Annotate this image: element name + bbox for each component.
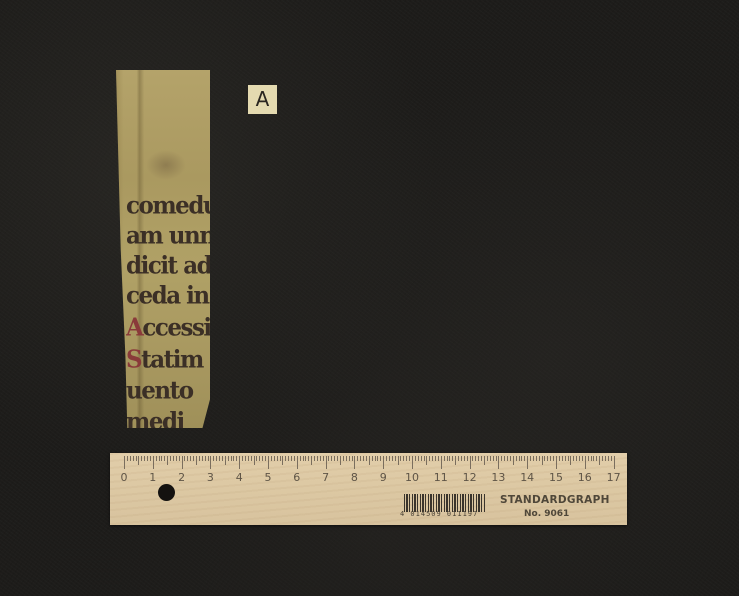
text-line: comedu — [126, 193, 210, 218]
ruler-tick — [179, 456, 180, 461]
ruler-number: 0 — [121, 471, 128, 484]
ruler-tick — [501, 456, 502, 461]
ruler-tick — [521, 456, 522, 461]
ruler-tick — [426, 456, 427, 465]
ruler-tick — [164, 456, 165, 461]
ruler-tick — [349, 456, 350, 461]
ruler-tick — [159, 456, 160, 461]
ruler-tick — [452, 456, 453, 461]
ruler-tick — [331, 456, 332, 461]
ruler-tick — [400, 456, 401, 461]
ruler-tick — [591, 456, 592, 461]
ruler-tick — [372, 456, 373, 461]
ruler-tick — [530, 456, 531, 461]
ruler-tick — [386, 456, 387, 461]
ruler-tick — [470, 456, 471, 469]
ruler-tick — [354, 456, 355, 469]
ruler-tick — [326, 456, 327, 469]
ruler-tick — [498, 456, 499, 469]
ruler-tick — [568, 456, 569, 461]
ruler-tick — [366, 456, 367, 461]
ruler-tick — [510, 456, 511, 461]
scale-ruler: 01234567891011121314151617 4 014509 0111… — [110, 453, 627, 525]
ruler-tick — [389, 456, 390, 461]
ruler-number: 4 — [236, 471, 243, 484]
ruler-tick — [294, 456, 295, 461]
ruler-number: 6 — [293, 471, 300, 484]
ruler-tick — [340, 456, 341, 465]
ruler-number: 8 — [351, 471, 358, 484]
text-line: Statim — [126, 347, 210, 372]
ruler-tick — [461, 456, 462, 461]
ruler-tick — [585, 456, 586, 469]
ruler-tick — [161, 456, 162, 461]
ruler-tick — [421, 456, 422, 461]
ruler-tick — [438, 456, 439, 461]
ruler-tick — [579, 456, 580, 461]
ruler-tick — [308, 456, 309, 461]
ruler-tick — [375, 456, 376, 461]
ruler-tick — [153, 456, 154, 469]
ruler-tick — [199, 456, 200, 461]
ruler-tick — [320, 456, 321, 461]
ruler-tick — [599, 456, 600, 465]
ruler-tick — [190, 456, 191, 461]
ruler-tick — [130, 456, 131, 461]
ruler-tick — [210, 456, 211, 469]
ruler-tick — [383, 456, 384, 469]
ruler-tick — [343, 456, 344, 461]
ruler-tick — [432, 456, 433, 461]
ruler-tick — [406, 456, 407, 461]
ruler-tick — [392, 456, 393, 461]
ruler-tick — [311, 456, 312, 465]
ruler-number: 13 — [491, 471, 505, 484]
ruler-tick — [447, 456, 448, 461]
ruler-tick — [559, 456, 560, 461]
ruler-tick — [608, 456, 609, 461]
line-text: tatim — [141, 347, 203, 372]
ruler-tick — [582, 456, 583, 461]
ruler-tick — [300, 456, 301, 461]
ruler-brand: STANDARDGRAPH — [500, 494, 610, 506]
ruler-tick — [507, 456, 508, 461]
ruler-number: 3 — [207, 471, 214, 484]
ruler-tick — [150, 456, 151, 461]
ruler-tick — [323, 456, 324, 461]
ruler-tick — [271, 456, 272, 461]
ruler-tick — [550, 456, 551, 461]
ruler-tick — [208, 456, 209, 461]
line-text: am unn — [126, 223, 210, 248]
ruler-tick — [395, 456, 396, 461]
ruler-number: 16 — [578, 471, 592, 484]
ruler-tick — [124, 456, 125, 469]
ruler-tick — [377, 456, 378, 461]
ruler-tick — [516, 456, 517, 461]
ruler-tick — [277, 456, 278, 461]
line-text: medi — [126, 409, 184, 434]
ruler-tick — [248, 456, 249, 461]
ruler-tick — [513, 456, 514, 465]
ruler-tick — [173, 456, 174, 461]
ruler-tick — [418, 456, 419, 461]
ruler-number: 11 — [434, 471, 448, 484]
ruler-tick — [184, 456, 185, 461]
ruler-tick — [435, 456, 436, 461]
ruler-tick — [328, 456, 329, 461]
ruler-tick — [524, 456, 525, 461]
ruler-tick — [467, 456, 468, 461]
ruler-tick — [222, 456, 223, 461]
ruler-tick — [265, 456, 266, 461]
ruler-tick — [216, 456, 217, 461]
rubric-initial: A — [126, 315, 142, 340]
ruler-hole — [158, 484, 175, 501]
ruler-tick — [138, 456, 139, 465]
ruler-tick — [576, 456, 577, 461]
ruler-tick — [487, 456, 488, 461]
ruler-tick — [254, 456, 255, 465]
ruler-tick — [360, 456, 361, 461]
ruler-number: 7 — [322, 471, 329, 484]
ruler-tick — [136, 456, 137, 461]
ruler-tick — [429, 456, 430, 461]
ruler-tick — [449, 456, 450, 461]
ruler-tick — [274, 456, 275, 461]
ruler-tick — [187, 456, 188, 461]
ruler-tick — [219, 456, 220, 461]
ruler-tick — [231, 456, 232, 461]
ruler-tick — [334, 456, 335, 461]
ruler-tick — [337, 456, 338, 461]
barcode-number: 4 014509 011197 — [400, 510, 478, 518]
text-line: uento — [126, 378, 210, 403]
ruler-number: 2 — [178, 471, 185, 484]
ruler-tick — [562, 456, 563, 461]
ruler-tick — [409, 456, 410, 461]
ruler-number: 14 — [520, 471, 534, 484]
parchment-stain — [146, 150, 186, 180]
ruler-tick — [533, 456, 534, 461]
ruler-tick — [228, 456, 229, 461]
ruler-tick — [444, 456, 445, 461]
ruler-tick — [256, 456, 257, 461]
ruler-tick — [605, 456, 606, 461]
ruler-tick — [475, 456, 476, 461]
ruler-tick — [602, 456, 603, 461]
ruler-tick — [297, 456, 298, 469]
ruler-tick — [205, 456, 206, 461]
ruler-tick — [412, 456, 413, 469]
ruler-tick — [196, 456, 197, 465]
ruler-tick — [352, 456, 353, 461]
ruler-tick — [317, 456, 318, 461]
manuscript-fragment: comedu am unn dicit ad ceda in Accessit … — [116, 70, 210, 428]
ruler-tick — [573, 456, 574, 461]
ruler-tick — [193, 456, 194, 461]
text-line: medi — [126, 409, 210, 434]
text-line: Accessit — [126, 315, 210, 340]
rubric-initial: S — [126, 347, 141, 372]
ruler-tick — [544, 456, 545, 461]
ruler-tick — [357, 456, 358, 461]
ruler-tick — [251, 456, 252, 461]
ruler-tick — [403, 456, 404, 461]
ruler-tick — [478, 456, 479, 461]
ruler-tick — [472, 456, 473, 461]
ruler-tick — [268, 456, 269, 469]
ruler-number: 5 — [265, 471, 272, 484]
ruler-tick — [493, 456, 494, 461]
ruler-tick — [596, 456, 597, 461]
ruler-tick — [593, 456, 594, 461]
ruler-tick — [527, 456, 528, 469]
ruler-tick — [398, 456, 399, 465]
ruler-tick — [288, 456, 289, 461]
ruler-tick — [245, 456, 246, 461]
ruler-tick — [236, 456, 237, 461]
ruler-tick — [415, 456, 416, 461]
ruler-tick — [242, 456, 243, 461]
fragment-label: A — [248, 85, 277, 114]
ruler-number: 17 — [607, 471, 621, 484]
ruler-model: No. 9061 — [524, 509, 569, 519]
ruler-tick — [303, 456, 304, 461]
ruler-tick — [481, 456, 482, 461]
ruler-tick — [542, 456, 543, 465]
text-line: dicit ad — [126, 253, 210, 278]
ruler-tick — [570, 456, 571, 465]
ruler-tick — [127, 456, 128, 461]
ruler-tick — [167, 456, 168, 465]
ruler-number: 12 — [463, 471, 477, 484]
ruler-tick — [233, 456, 234, 461]
ruler-tick — [441, 456, 442, 469]
ruler-tick — [291, 456, 292, 461]
ruler-tick — [176, 456, 177, 461]
ruler-tick — [369, 456, 370, 465]
ruler-tick — [490, 456, 491, 461]
ruler-tick — [141, 456, 142, 461]
ruler-tick — [170, 456, 171, 461]
ruler-tick — [305, 456, 306, 461]
ruler-tick — [363, 456, 364, 461]
ruler-tick — [202, 456, 203, 461]
ruler-tick — [314, 456, 315, 461]
ruler-tick — [147, 456, 148, 461]
ruler-tick — [458, 456, 459, 461]
ruler-tick — [346, 456, 347, 461]
ruler-tick — [614, 456, 615, 469]
ruler-number: 15 — [549, 471, 563, 484]
ruler-tick — [484, 456, 485, 465]
ruler-tick — [496, 456, 497, 461]
ruler-tick — [239, 456, 240, 469]
ruler-tick — [424, 456, 425, 461]
ruler-tick — [504, 456, 505, 461]
ruler-tick — [539, 456, 540, 461]
ruler-number: 9 — [380, 471, 387, 484]
ruler-tick — [182, 456, 183, 469]
text-line: am unn — [126, 223, 210, 248]
ruler-tick — [556, 456, 557, 469]
ruler-tick — [282, 456, 283, 465]
ruler-tick — [536, 456, 537, 461]
ruler-tick — [547, 456, 548, 461]
ruler-ticks: 01234567891011121314151617 — [110, 453, 627, 483]
ruler-tick — [280, 456, 281, 461]
ruler-tick — [464, 456, 465, 461]
line-text: ceda in — [126, 283, 209, 308]
text-line: ceda in — [126, 283, 210, 308]
ruler-tick — [380, 456, 381, 461]
ruler-tick — [565, 456, 566, 461]
ruler-tick — [262, 456, 263, 461]
ruler-tick — [259, 456, 260, 461]
line-text: comedu — [126, 193, 210, 218]
ruler-tick — [519, 456, 520, 461]
ruler-tick — [588, 456, 589, 461]
line-text: dicit ad — [126, 253, 210, 278]
ruler-number: 10 — [405, 471, 419, 484]
ruler-tick — [213, 456, 214, 461]
ruler-tick — [133, 456, 134, 461]
ruler-tick — [455, 456, 456, 465]
ruler-tick — [225, 456, 226, 465]
ruler-tick — [611, 456, 612, 461]
ruler-tick — [285, 456, 286, 461]
line-text: uento — [126, 378, 193, 403]
ruler-tick — [156, 456, 157, 461]
ruler-tick — [144, 456, 145, 461]
ruler-number: 1 — [149, 471, 156, 484]
ruler-tick — [553, 456, 554, 461]
line-text: ccessit — [142, 315, 210, 340]
